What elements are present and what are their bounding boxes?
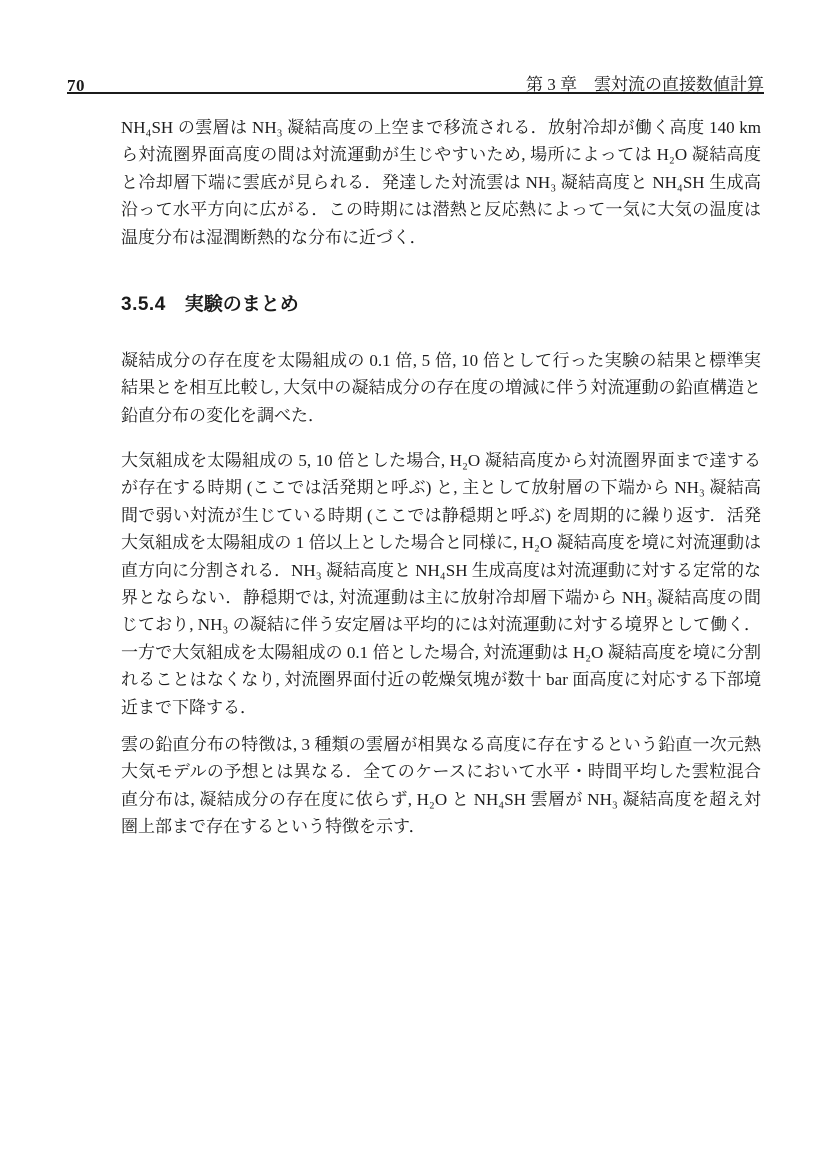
text-line: 直分布は, 凝結成分の存在度に依らず, H₂O と NH₄SH 雲層が NH₃ … [121,786,761,813]
text-line: 一方で大気組成を太陽組成の 0.1 倍とした場合, 対流運動は H₂O 凝結高度… [121,639,761,666]
text-line: 圏上部まで存在するという特徴を示す． [121,813,761,840]
text-line: 界とならない．静穏期では, 対流運動は主に放射冷却層下端から NH₃ 凝結高度の… [121,584,761,611]
text-line: 凝結成分の存在度を太陽組成の 0.1 倍, 5 倍, 10 倍として行った実験の… [121,347,761,374]
text-line: じており, NH₃ の凝結に伴う安定層は平均的には対流運動に対する境界として働く… [121,611,761,638]
text-line: 直方向に分割される．NH₃ 凝結高度と NH₄SH 生成高度は対流運動に対する定… [121,557,761,584]
text-line: 大気組成を太陽組成の 5, 10 倍とした場合, H₂O 凝結高度から対流圏界面… [121,447,761,474]
text-line: が存在する時期 (ここでは活発期と呼ぶ) と, 主として放射層の下端から NH₃… [121,474,761,501]
paragraph-cloud-distribution: 雲の鉛直分布の特徴は, 3 種類の雲層が相異なる高度に存在するという鉛直一次元熱… [121,731,761,841]
text-line: と冷却層下端に雲底が見られる．発達した対流雲は NH₃ 凝結高度と NH₄SH … [121,169,761,196]
document-page: 70 第 3 章 雲対流の直接数値計算 NH₄SH の雲層は NH₃ 凝結高度の… [0,0,826,1169]
text-line: 温度分布は湿潤断熱的な分布に近づく． [121,224,761,251]
section-title: 実験のまとめ [185,294,299,315]
text-line: 近まで下降する． [121,694,761,721]
paragraph-convection-results: 大気組成を太陽組成の 5, 10 倍とした場合, H₂O 凝結高度から対流圏界面… [121,447,761,721]
text-line: NH₄SH の雲層は NH₃ 凝結高度の上空まで移流される．放射冷却が働く高度 … [121,114,761,141]
text-line: ら対流圏界面高度の間は対流運動が生じやすいため, 場所によっては H₂O 凝結高… [121,141,761,168]
paragraph-summary-intro: NH₄SH の雲層は NH₃ 凝結高度の上空まで移流される．放射冷却が働く高度 … [121,114,761,251]
header-rule [67,92,764,94]
text-line: 大気モデルの予想とは異なる．全てのケースにおいて水平・時間平均した雲粒混合比の鉛 [121,758,761,785]
section-heading: 3.5.4実験のまとめ [121,293,299,317]
text-line: 間で弱い対流が生じている時期 (ここでは静穏期と呼ぶ) を周期的に繰り返す．活発… [121,502,761,529]
text-line: 大気組成を太陽組成の 1 倍以上とした場合と同様に, H₂O 凝結高度を境に対流… [121,529,761,556]
paragraph-experiment-overview: 凝結成分の存在度を太陽組成の 0.1 倍, 5 倍, 10 倍として行った実験の… [121,347,761,429]
text-line: 結果とを相互比較し, 大気中の凝結成分の存在度の増減に伴う対流運動の鉛直構造と雲… [121,374,761,401]
text-line: れることはなくなり, 対流圏界面付近の乾燥気塊が数十 bar 面高度に対応する下… [121,666,761,693]
text-line: 雲の鉛直分布の特徴は, 3 種類の雲層が相異なる高度に存在するという鉛直一次元熱… [121,731,761,758]
section-number: 3.5.4 [121,294,166,315]
text-line: 鉛直分布の変化を調べた． [121,402,761,429]
text-line: 沿って水平方向に広がる．この時期には潜熱と反応熱によって一気に大気の温度は上昇し… [121,196,761,223]
